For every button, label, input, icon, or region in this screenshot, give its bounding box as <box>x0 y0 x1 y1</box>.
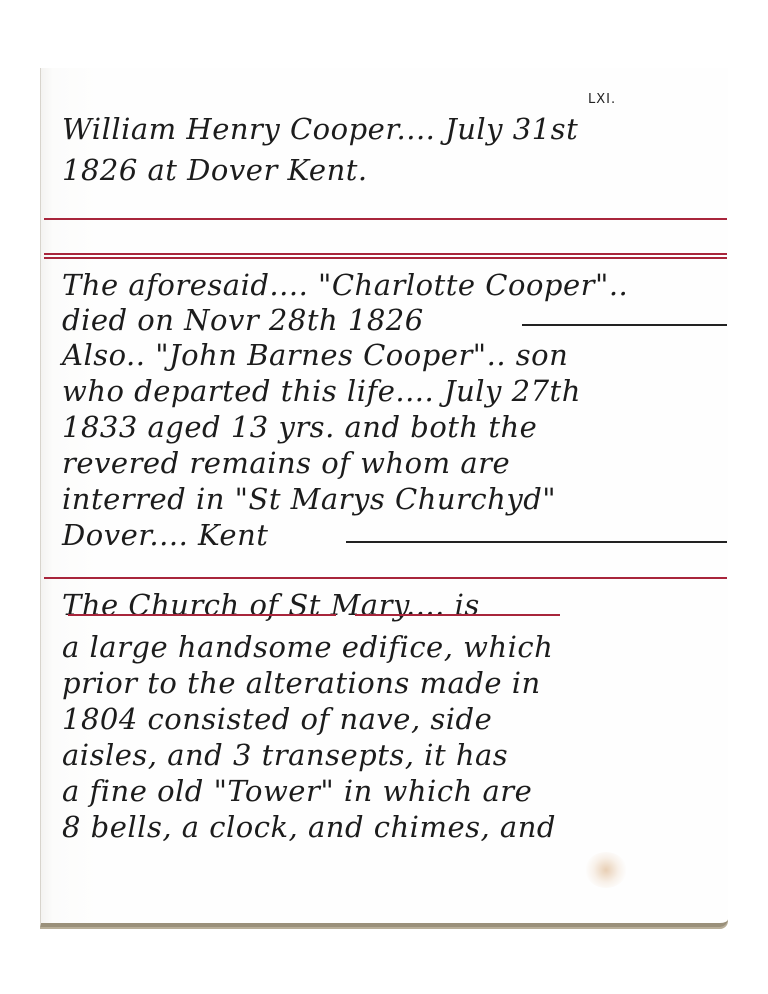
entry-2-line-4: who departed this life.... July 27th <box>62 374 581 408</box>
folio-number: LXI. <box>588 92 616 107</box>
entry-2-line-6: revered remains of whom are <box>62 446 510 480</box>
red-double-rule-bottom <box>44 257 727 259</box>
entry-2-line-7: interred in "St Marys Churchyd" <box>62 482 556 516</box>
entry-2-line-3: Also.. "John Barnes Cooper".. son <box>62 338 568 372</box>
entry-3-line-2: a large handsome edifice, which <box>62 630 553 664</box>
red-rule <box>44 218 727 220</box>
entry-1-line-2: 1826 at Dover Kent. <box>62 153 368 187</box>
fill-line <box>522 324 727 326</box>
heading-underline <box>68 614 336 616</box>
entry-2-line-2: died on Novr 28th 1826 <box>62 303 424 337</box>
entry-3-line-7: 8 bells, a clock, and chimes, and <box>62 810 556 844</box>
paper-stain <box>585 852 627 888</box>
heading-underline <box>355 614 560 616</box>
entry-2-line-1: The aforesaid.... "Charlotte Cooper".. <box>62 268 628 302</box>
entry-3-line-4: 1804 consisted of nave, side <box>62 702 492 736</box>
entry-3-line-5: aisles, and 3 transepts, it has <box>62 738 508 772</box>
entry-1-line-1: William Henry Cooper.... July 31st <box>62 112 578 146</box>
entry-3-line-6: a fine old "Tower" in which are <box>62 774 532 808</box>
entry-2-line-5: 1833 aged 13 yrs. and both the <box>62 410 537 444</box>
fill-line <box>346 541 727 543</box>
red-double-rule-top <box>44 253 727 255</box>
red-rule <box>44 577 727 579</box>
entry-3-line-3: prior to the alterations made in <box>62 666 541 700</box>
entry-3-heading-line: The Church of St Mary.... is <box>62 588 480 622</box>
entry-2-line-8: Dover.... Kent <box>62 518 268 552</box>
